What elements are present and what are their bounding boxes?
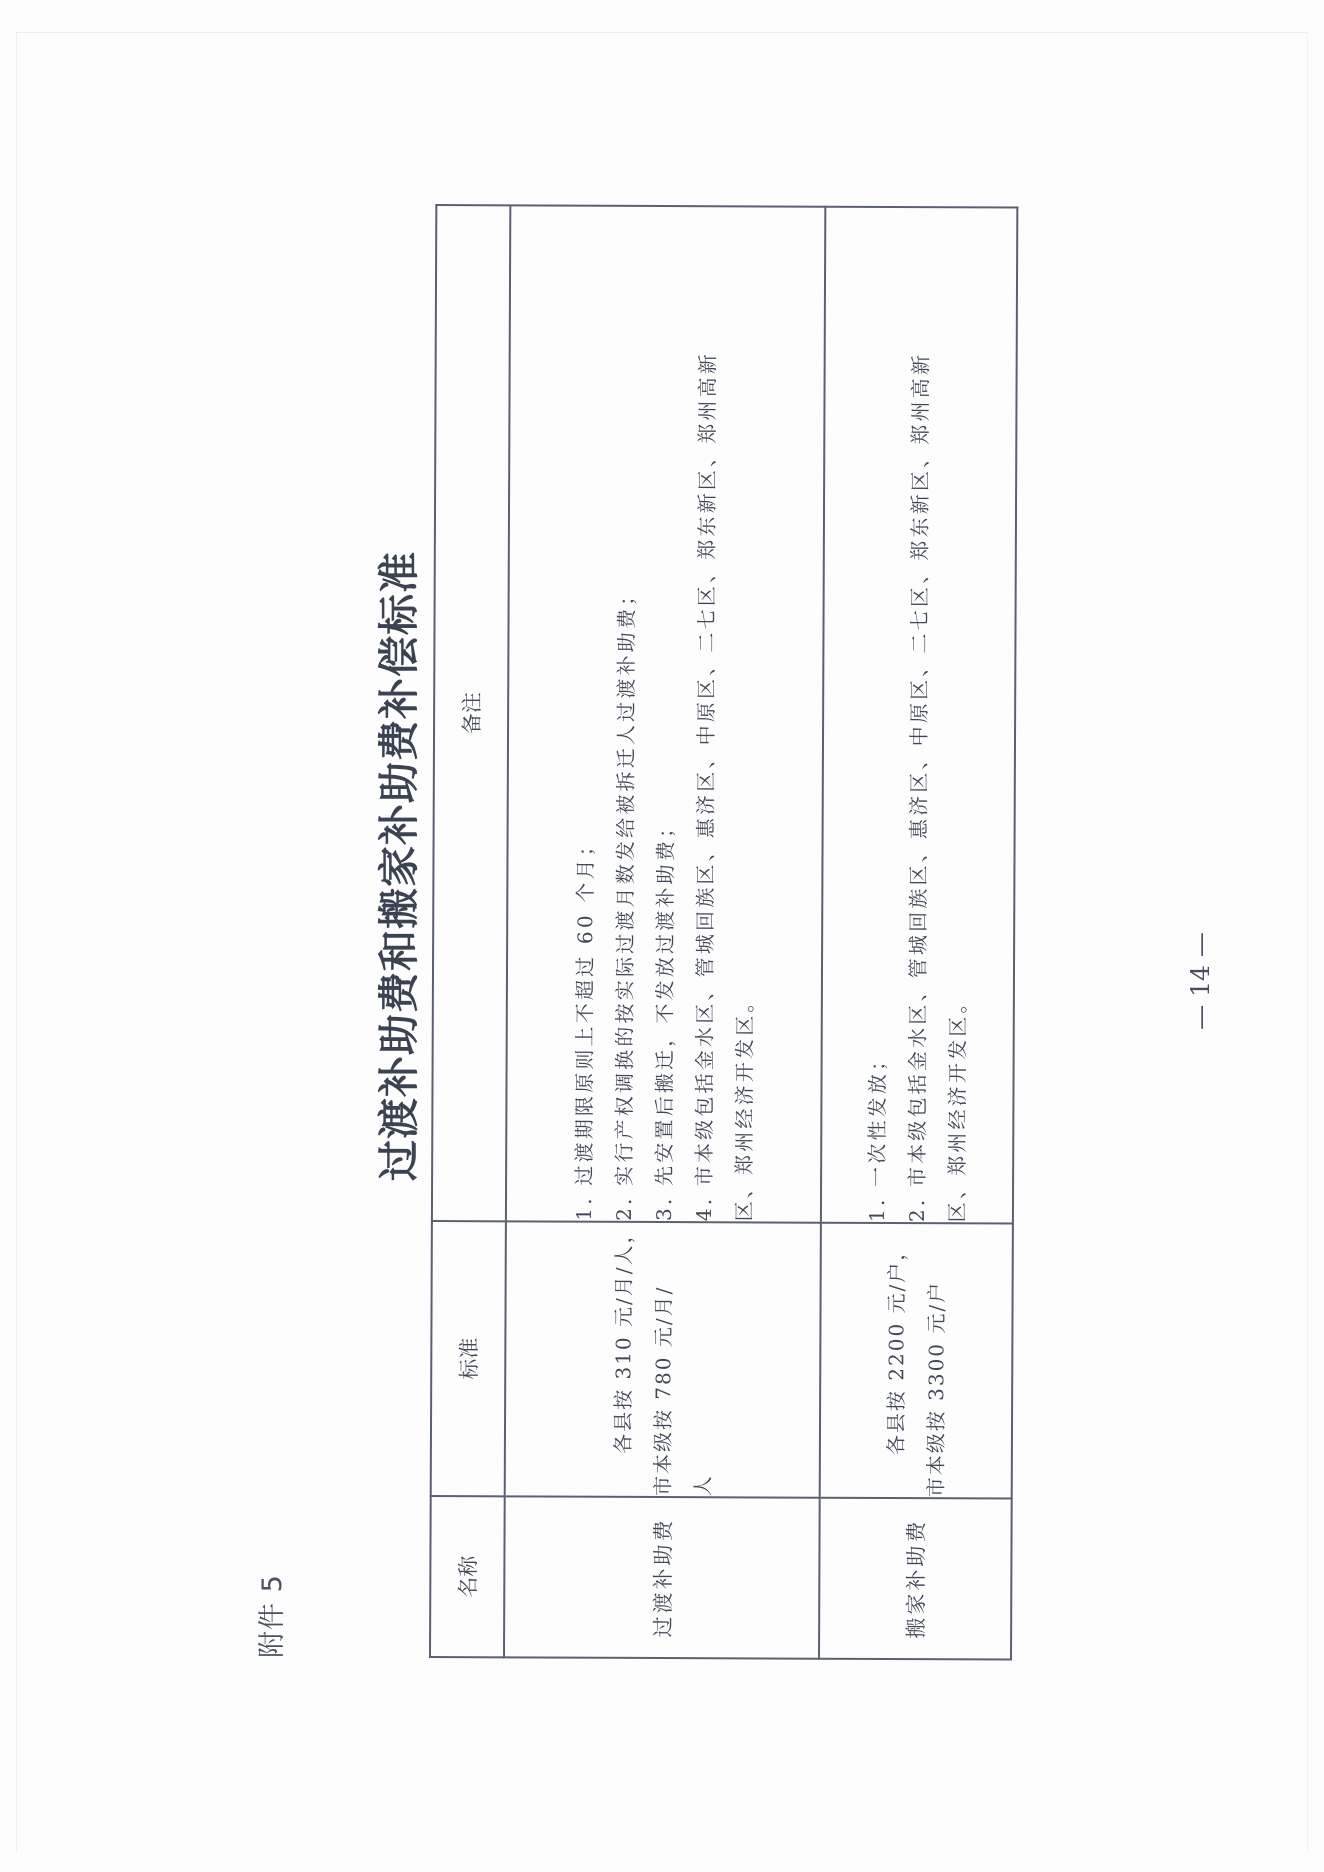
page-number: — 14 — bbox=[1186, 0, 1215, 1872]
document-title: 过渡补助费和搬家补助费补偿标准 bbox=[366, 0, 425, 1872]
table-row-moving-subsidy: 搬家补助费 各县按 2200 元/户， 市本级按 3300 元/户 1. 一次性… bbox=[819, 207, 1017, 1660]
table-header-row: 名称 标准 备注 bbox=[430, 205, 510, 1657]
note-line: 区、郑州经济开发区。 bbox=[937, 208, 981, 1222]
cell-notes: 1. 过渡期限原则上不超过 60 个月； 2. 实行产权调换的按实际过渡月数发给… bbox=[506, 205, 825, 1222]
standard-line: 人 bbox=[682, 1223, 723, 1496]
note-line: 2. 实行产权调换的按实际过渡月数发给被拆迁人过渡补助费； bbox=[603, 207, 647, 1221]
cell-name: 过渡补助费 bbox=[504, 1496, 820, 1658]
compensation-standards-table: 名称 标准 备注 过渡补助费 各县按 310 元/月/人， 市本级按 780 元… bbox=[429, 204, 1018, 1661]
note-line: 1. 过渡期限原则上不超过 60 个月； bbox=[563, 207, 607, 1221]
note-line: 1. 一次性发放； bbox=[857, 208, 901, 1222]
document-title-text: 过渡补助费和搬家补助费补偿标准 bbox=[366, 551, 425, 1181]
note-line: 4. 市本级包括金水区、管城回族区、惠济区、中原区、二七区、郑东新区、郑州高新 bbox=[683, 207, 727, 1221]
attachment-label: 附件 5 bbox=[250, 1574, 289, 1658]
cell-notes: 1. 一次性发放； 2. 市本级包括金水区、管城回族区、惠济区、中原区、二七区、… bbox=[821, 207, 1017, 1224]
standard-line: 市本级按 780 元/月/ bbox=[642, 1223, 683, 1496]
note-line: 2. 市本级包括金水区、管城回族区、惠济区、中原区、二七区、郑东新区、郑州高新 bbox=[897, 208, 941, 1222]
cell-standard: 各县按 310 元/月/人， 市本级按 780 元/月/ 人 bbox=[505, 1221, 821, 1497]
standard-line: 各县按 2200 元/户， bbox=[876, 1224, 917, 1497]
cell-name: 搬家补助费 bbox=[819, 1498, 1012, 1660]
document-page: 附件 5 过渡补助费和搬家补助费补偿标准 名称 标准 备注 过渡补助费 各县按 … bbox=[0, 0, 1324, 1872]
standard-line: 各县按 310 元/月/人， bbox=[602, 1223, 643, 1496]
note-line: 3. 先安置后搬迁，不发放过渡补助费； bbox=[643, 207, 687, 1221]
standard-line: 市本级按 3300 元/户 bbox=[916, 1224, 957, 1497]
page-number-text: — 14 — bbox=[1186, 932, 1215, 1030]
cell-standard: 各县按 2200 元/户， 市本级按 3300 元/户 bbox=[820, 1223, 1013, 1499]
header-standard: 标准 bbox=[431, 1221, 506, 1496]
header-name: 名称 bbox=[430, 1496, 505, 1657]
note-line: 区、郑州经济开发区。 bbox=[723, 207, 767, 1221]
table-row-transition-subsidy: 过渡补助费 各县按 310 元/月/人， 市本级按 780 元/月/ 人 1. … bbox=[504, 205, 825, 1658]
header-notes: 备注 bbox=[432, 205, 510, 1221]
